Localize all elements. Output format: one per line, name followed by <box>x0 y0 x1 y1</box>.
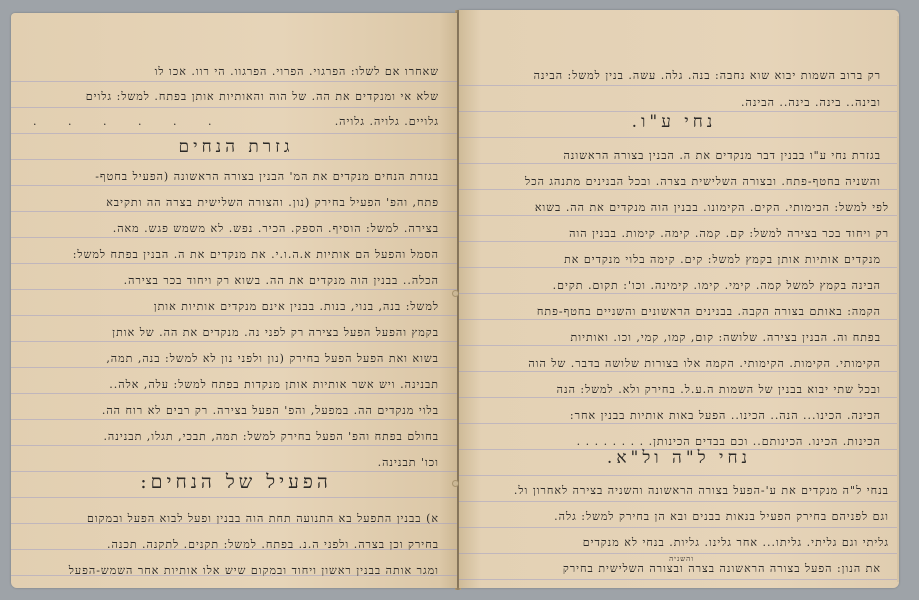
handwritten-line: למשל: בנה, בנוי, בנות. בבנין אינם מנקדים… <box>19 300 439 313</box>
handwritten-line: הכלה.. בבנין הוה מנקדים את הה. בשוא רק ו… <box>39 274 439 287</box>
ruled-line <box>459 241 899 242</box>
handwritten-line: בפתח וה. הבנין בצירה. שלושה: קום, קמו, ק… <box>466 331 881 344</box>
handwritten-line: מנקדים אותיות אותן בקמץ למשל: קים. קימה … <box>471 253 881 266</box>
handwritten-line: בחירק וכן בצרה. ולפני ה.נ. בפתח. למשל: ת… <box>19 538 439 551</box>
ruled-line <box>11 107 457 108</box>
handwritten-line: לפי למשל: הכימותי. הקים. הקימונו. בבנין … <box>459 201 889 214</box>
handwritten-line: בקמץ והפעל הפעל בצירה רק לפני נה. מנקדים… <box>19 326 439 339</box>
ruled-line <box>11 211 457 212</box>
ruled-line <box>459 423 899 424</box>
left-page: שאחרו אם לשלו: הפרגוי. הפרוי. הפרגוו. הי… <box>11 13 457 588</box>
section-heading: נחי ל"ה ול"א. <box>589 448 769 468</box>
ruled-line <box>11 497 457 498</box>
ruled-line <box>459 189 899 190</box>
section-heading: גזרת הנחים <box>121 137 351 157</box>
handwritten-line: הכינה. הכינו... הנה.. הכינו.. הפעל באות … <box>466 409 881 422</box>
handwritten-line: פתח, והפ' הפעיל בחירק (נון. והצורה השליש… <box>19 196 439 209</box>
ruled-line <box>459 475 899 476</box>
ruled-line <box>11 81 457 82</box>
ruled-line <box>11 419 457 420</box>
ruled-line <box>11 341 457 342</box>
ruled-line <box>459 397 899 398</box>
binding-stitch <box>452 290 459 297</box>
handwritten-line: בשוא ואת הפעל הפעל בחירק (נון ולפני נון … <box>19 352 439 365</box>
section-heading: נחי ע"ו. <box>589 112 759 132</box>
handwritten-line: גליתי וגם גליתי. גליתו... אחר גלינו. גלי… <box>459 536 889 549</box>
ruled-line <box>459 293 899 294</box>
ruled-line <box>459 163 899 164</box>
ruled-line <box>11 263 457 264</box>
handwritten-line: הסמל והפעל הם אותיות א.ה.ו.י. את מנקדים … <box>19 248 439 261</box>
ruled-line <box>459 579 899 580</box>
dotted-line: . . . . . . . . . . . . . . <box>33 115 233 128</box>
handwritten-line: הקמה: באותם בצורה הקבה. בבנינים הראשונים… <box>461 305 881 318</box>
handwritten-line: והשניה בחטף-פתח. ובצורה השלישית בצרה. וב… <box>466 175 881 188</box>
handwritten-line: הקימותי. הקימות. הקימותי. הקמה אלו בצורו… <box>466 357 881 370</box>
handwritten-line: תבנינה. ויש אשר אותיות אותן מנקדות בפתח … <box>19 378 439 391</box>
handwritten-line: רק ברוב השמות יבוא שוא נחבה: בנה. גלה. ע… <box>461 69 881 82</box>
handwritten-line: רק ויחוד בכר בצירה למשל: קם. קמה. קימה. … <box>459 227 889 240</box>
ruled-line <box>11 367 457 368</box>
handwritten-line: וגם לפניהם בחירק הפעיל בנאות בבנים ובא ה… <box>459 510 889 523</box>
right-page: רק ברוב השמות יבוא שוא נחבה: בנה. גלה. ע… <box>459 10 899 588</box>
handwritten-line: בגזרת נחי ע"ו בבנין דבר מנקדים את ה. הבנ… <box>471 149 881 162</box>
ruled-line <box>459 371 899 372</box>
handwritten-line: בצירה. למשל: הוסיף. הספק. הכיר. נפש. לא … <box>39 222 439 235</box>
binding-stitch <box>452 480 459 487</box>
handwritten-line: גלויים. גלויה. גלויה. <box>239 115 439 128</box>
ruled-line <box>11 289 457 290</box>
section-heading: הפעיל של הנחים: <box>101 471 371 494</box>
handwritten-line: שלא אי ומנקדים את הה. של הוה והאותיות או… <box>19 90 439 103</box>
handwritten-line: בגזרת הנחים מנקדים את המ' הבנין בצורה הר… <box>19 170 439 183</box>
handwritten-line: הכינות. הכינו. הכינותם.. וכם בבדים הכינו… <box>459 435 881 448</box>
handwritten-line: ומגר אותה בבנין ראשון ויחוד ובמקום שיש א… <box>14 564 439 577</box>
ruled-line <box>459 319 899 320</box>
handwritten-line: בחולם בפתח והפ' הפעל בחירק למשל: תמה, תב… <box>19 430 439 443</box>
handwritten-line: א) בבנין התפעל בא התנועה תחת הוה בבנין ו… <box>14 512 439 525</box>
ruled-line <box>459 137 899 138</box>
handwritten-line: ובכל שתי יבוא בבנין של השמות ה.ע.ל. בחיר… <box>466 383 881 396</box>
handwritten-line: את הנון: הפעל בצורה הראשונה בצרה ובצורה … <box>466 562 881 575</box>
ruled-line <box>459 85 899 86</box>
handwritten-line: בלוי מנקדים הה. במפעל, והפ' הפעל בצירה. … <box>39 404 439 417</box>
ruled-line <box>459 527 899 528</box>
ruled-line <box>11 393 457 394</box>
ruled-line <box>459 345 899 346</box>
handwritten-line: ובינה.. בינה. בינה.. הבינה. <box>621 96 881 109</box>
ruled-line <box>11 237 457 238</box>
handwritten-line: וכו' תבנינה. <box>289 456 439 469</box>
ruled-line <box>11 185 457 186</box>
handwritten-line: הבינה בקמץ למשל קמה. קימי. קימו. קימינה.… <box>466 279 881 292</box>
ruled-line <box>459 267 899 268</box>
ruled-line <box>459 553 899 554</box>
ruled-line <box>11 315 457 316</box>
ruled-line <box>11 159 457 160</box>
ruled-line <box>11 445 457 446</box>
handwritten-line: בנחי ל"ה מנקדים את ע'-הפעל בצורה הראשונה… <box>459 484 889 497</box>
handwritten-line: שאחרו אם לשלו: הפרגוי. הפרוי. הפרגוו. הי… <box>19 65 439 78</box>
ruled-line <box>459 501 899 502</box>
ruled-line <box>459 215 899 216</box>
ruled-line <box>11 133 457 134</box>
